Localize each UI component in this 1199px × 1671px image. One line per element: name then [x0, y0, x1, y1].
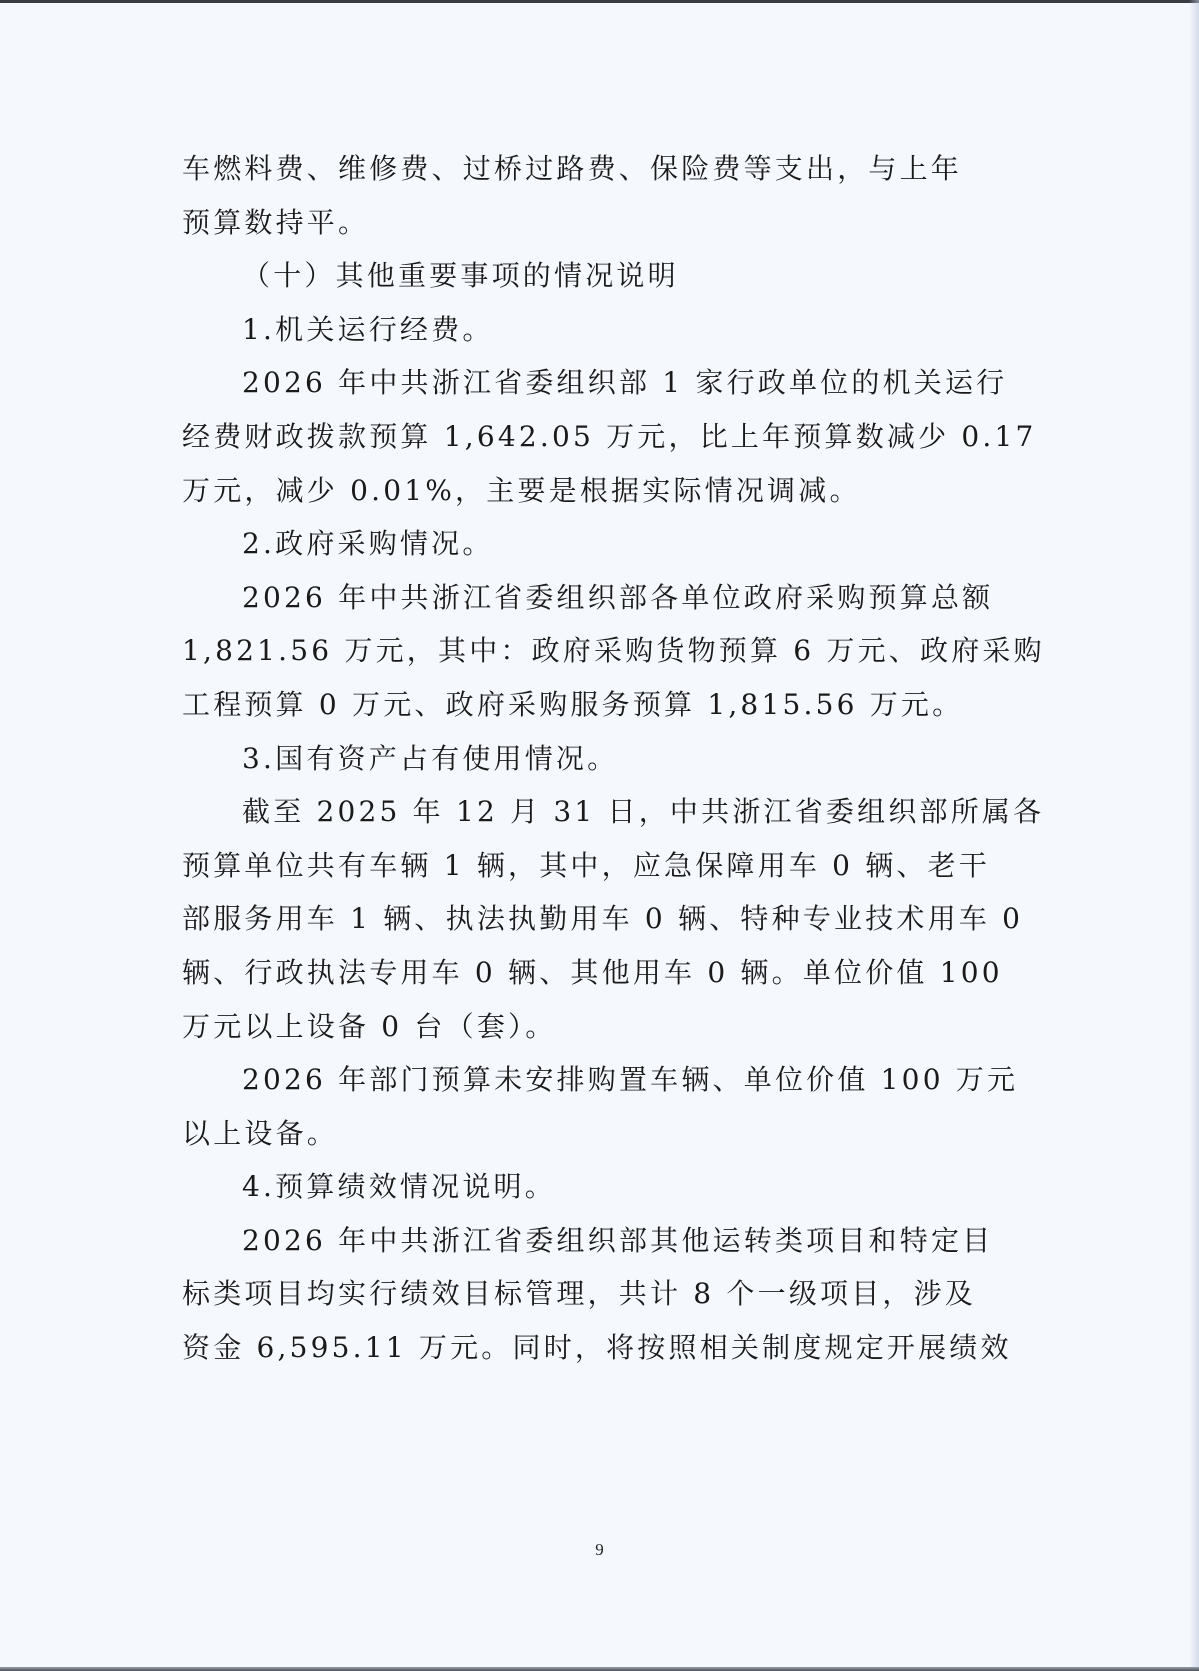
paragraph-government-procurement: 2026 年中共浙江省委组织部各单位政府采购预算总额 — [182, 571, 968, 625]
subheading-operating-expenses: 1.机关运行经费。 — [182, 303, 968, 357]
section-heading-10: （十）其他重要事项的情况说明 — [182, 249, 968, 303]
paragraph-state-assets: 辆、行政执法专用车 0 辆、其他用车 0 辆。单位价值 100 — [182, 946, 968, 1000]
page-number: 9 — [0, 1540, 1199, 1560]
text-line-continuation: 车燃料费、维修费、过桥过路费、保险费等支出，与上年 — [182, 142, 968, 196]
paragraph-vehicle-purchase: 以上设备。 — [182, 1107, 968, 1161]
paragraph-government-procurement: 工程预算 0 万元、政府采购服务预算 1,815.56 万元。 — [182, 678, 968, 732]
scan-bottom-edge — [0, 1667, 1199, 1671]
paragraph-state-assets: 万元以上设备 0 台（套）。 — [182, 1000, 968, 1054]
document-body: 车燃料费、维修费、过桥过路费、保险费等支出，与上年 预算数持平。 （十）其他重要… — [182, 142, 968, 1375]
subheading-government-procurement: 2.政府采购情况。 — [182, 517, 968, 571]
paragraph-government-procurement: 1,821.56 万元，其中：政府采购货物预算 6 万元、政府采购 — [182, 624, 968, 678]
text-line-continuation: 预算数持平。 — [182, 196, 968, 250]
paragraph-operating-expenses: 2026 年中共浙江省委组织部 1 家行政单位的机关运行 — [182, 356, 968, 410]
paragraph-vehicle-purchase: 2026 年部门预算未安排购置车辆、单位价值 100 万元 — [182, 1053, 968, 1107]
paragraph-operating-expenses: 万元，减少 0.01%，主要是根据实际情况调减。 — [182, 464, 968, 518]
paragraph-operating-expenses: 经费财政拨款预算 1,642.05 万元，比上年预算数减少 0.17 — [182, 410, 968, 464]
scan-right-shadow — [1189, 0, 1199, 1671]
paragraph-state-assets: 部服务用车 1 辆、执法执勤用车 0 辆、特种专业技术用车 0 — [182, 892, 968, 946]
scan-top-edge — [0, 0, 1199, 3]
paragraph-state-assets: 截至 2025 年 12 月 31 日，中共浙江省委组织部所属各 — [182, 785, 968, 839]
paragraph-performance: 2026 年中共浙江省委组织部其他运转类项目和特定目 — [182, 1214, 968, 1268]
paragraph-performance: 标类项目均实行绩效目标管理，共计 8 个一级项目，涉及 — [182, 1267, 968, 1321]
paragraph-state-assets: 预算单位共有车辆 1 辆，其中，应急保障用车 0 辆、老干 — [182, 839, 968, 893]
paragraph-performance: 资金 6,595.11 万元。同时，将按照相关制度规定开展绩效 — [182, 1321, 968, 1375]
subheading-state-assets: 3.国有资产占有使用情况。 — [182, 732, 968, 786]
subheading-performance: 4.预算绩效情况说明。 — [182, 1160, 968, 1214]
